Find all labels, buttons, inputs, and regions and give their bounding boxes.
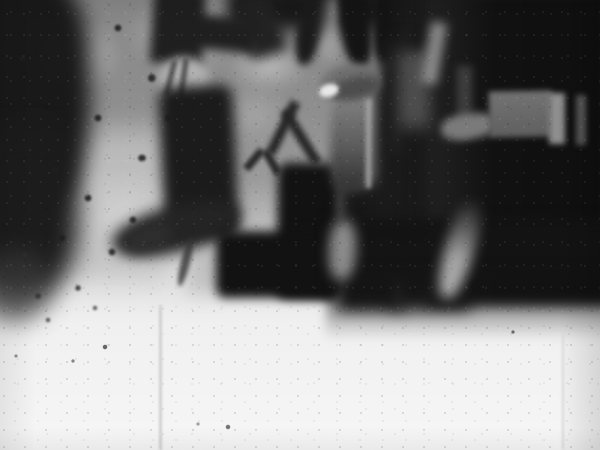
film-frame [0, 0, 600, 450]
floor-specks [0, 0, 600, 450]
